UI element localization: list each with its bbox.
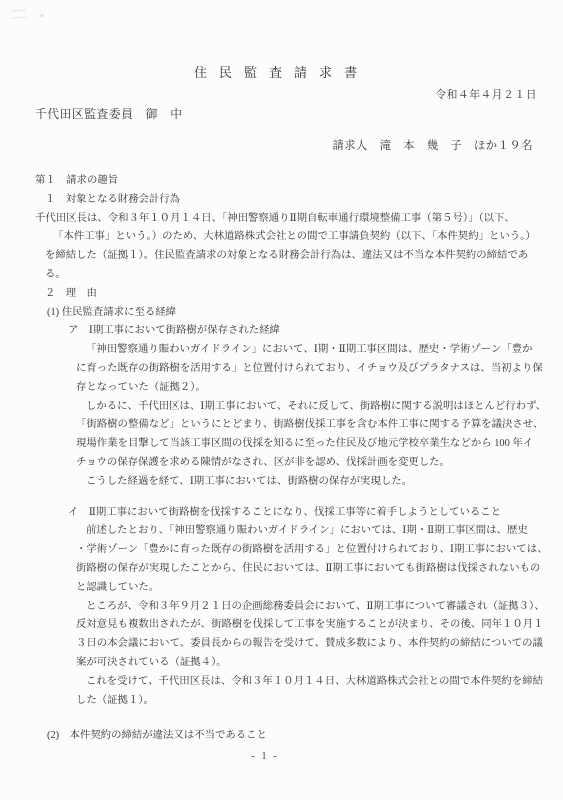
body-line: に育った既存の街路樹を活用する」と位置付けられており、イチョウ及びプラタナスは、…: [76, 360, 563, 379]
body-line: これを受けて、千代田区長は、令和３年１０月１４日、大林道路株式会社との間で本件契…: [86, 673, 563, 692]
document-body: 第１ 請求の趣旨 １ 対象となる財務会計行為 千代田区長は、令和３年１０月１４日…: [0, 172, 563, 746]
body-line: 「街路樹の整備など」というにとどまり、街路樹伐採工事を含む本件工事に関する予算を…: [76, 416, 563, 435]
body-line: る。: [45, 266, 563, 285]
body-line: 現場作業を目撃して当該工事区間の伐採を知るに至った住民及び地元学校卒業生などから…: [76, 435, 563, 454]
body-line: こうした経過を経て、Ⅰ期工事においては、街路樹の保存が実現した。: [86, 473, 563, 492]
scan-smudge-dot: [40, 14, 44, 17]
body-line: 「神田警察通り賑わいガイドライン」において、Ⅰ期・Ⅱ期工事区間は、歴史・学術ゾー…: [86, 341, 563, 360]
body-line: 前述したとおり、「神田警察通り賑わいガイドライン」においては、Ⅰ期・Ⅱ期工事区間…: [86, 522, 563, 541]
body-line: 「本件工事」という。）のため、大林道路株式会社との間で工事請負契約（以下、「本件…: [53, 228, 563, 247]
scan-smudge-mark: [11, 9, 27, 18]
heading-reason-1-i: イ Ⅱ期工事において街路樹を伐採することになり、伐採工事等に着手しようとしている…: [68, 504, 563, 523]
body-line: ところが、令和３年９月２１日の企画総務委員会において、Ⅱ期工事について審議され（…: [86, 598, 563, 617]
claimant-line: 請求人 滝 本 幾 子 ほか１９名: [332, 137, 533, 153]
body-line: 存となっていた（証拠２）。: [76, 379, 563, 398]
scanned-document-page: 住民監査請求書 令和４年４月２１日 千代田区監査委員 御 中 請求人 滝 本 幾…: [0, 0, 563, 800]
body-line: チョウの保存保護を求める陳情がなされ、区が非を認め、伐採計画を変更した。: [76, 454, 563, 473]
document-title: 住民監査請求書: [0, 62, 563, 81]
body-line: ３日の本会議において、委員長からの報告を受けて、賛成多数により、本件契約の締結に…: [76, 635, 563, 654]
heading-reason-1-a: ア Ⅰ期工事において街路樹が保存された経緯: [68, 322, 563, 341]
heading-reason-1: (1) 住民監査請求に至る経緯: [47, 304, 563, 323]
addressee-line: 千代田区監査委員 御 中: [35, 105, 183, 122]
body-line: 反対意見も複数出されたが、街路樹を伐採して工事を実施することが決まり、その後、同…: [76, 616, 563, 635]
page-number: - 1 -: [0, 751, 530, 762]
body-line: を締結した（証拠１）。住民監査請求の対象となる財務会計行為は、違法又は不当な本件…: [45, 247, 563, 266]
body-line: と認識していた。: [76, 579, 563, 598]
heading-section1: 第１ 請求の趣旨: [35, 172, 563, 191]
body-line: 街路樹の保存が実現したことから、住民においては、Ⅱ期工事においても街路樹は伐採さ…: [76, 560, 563, 579]
body-line: した（証拠１）。: [76, 692, 563, 711]
paragraph-spacer: [0, 492, 563, 504]
heading-reason-2: (2) 本件契約の締結が違法又は不当であること: [47, 727, 563, 746]
document-date: 令和４年４月２１日: [435, 87, 537, 102]
paragraph-spacer: [0, 710, 563, 727]
body-line: ・学術ゾーン「豊かに育った既存の街路樹を活用する」と位置付けられており、Ⅰ期工事…: [76, 541, 563, 560]
body-line: しかるに、千代田区は、Ⅰ期工事において、それに反して、街路樹に関する説明はほとん…: [86, 398, 563, 417]
heading-section1-1: １ 対象となる財務会計行為: [45, 191, 563, 210]
body-line: 千代田区長は、令和３年１０月１４日、「神田警察通りⅡ期自転車通行環境整備工事（第…: [35, 210, 563, 229]
body-line: 案が可決されている（証拠４）。: [76, 654, 563, 673]
heading-section1-2: ２ 理 由: [45, 285, 563, 304]
